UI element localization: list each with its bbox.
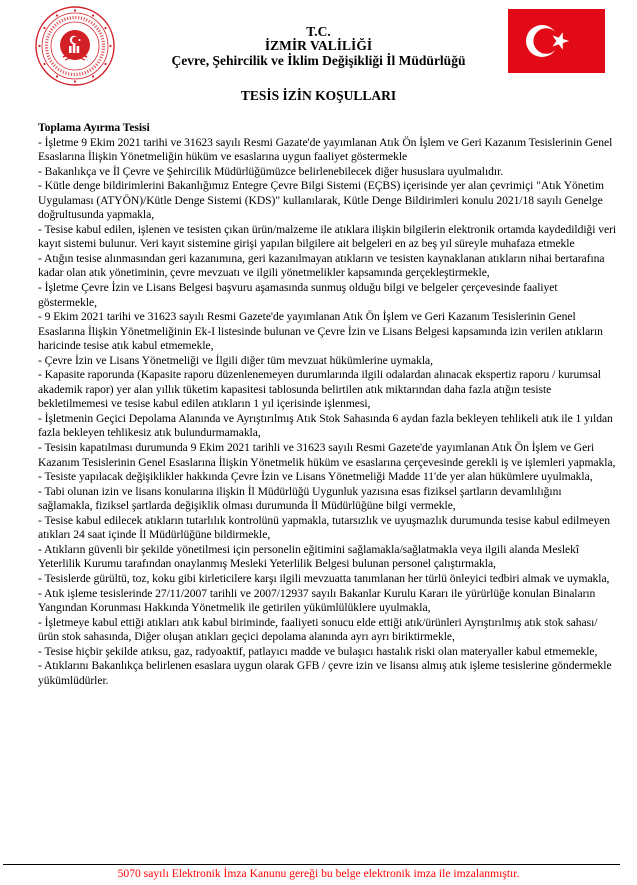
condition-item: - Tabi olunan izin ve lisans konularına … xyxy=(38,485,618,514)
condition-item: - Atığın tesise alınmasından geri kazanı… xyxy=(38,252,618,281)
condition-item: - Kapasite raporunda (Kapasite raporu dü… xyxy=(38,368,618,412)
condition-item: - Tesise hiçbir şekilde atıksu, gaz, rad… xyxy=(38,645,618,660)
condition-item: - Tesise kabul edilen, işlenen ve tesist… xyxy=(38,223,618,252)
footer-divider xyxy=(3,864,620,865)
condition-item: - Çevre İzin ve Lisans Yönetmeliği ve İl… xyxy=(38,354,618,369)
condition-item: - İşletmeye kabul ettiği atıkları atık k… xyxy=(38,616,618,645)
header-directorate: Çevre, Şehircilik ve İklim Değişikliği İ… xyxy=(0,53,637,68)
condition-item: - Tesisin kapatılması durumunda 9 Ekim 2… xyxy=(38,441,618,470)
condition-item: - Bakanlıkça ve İl Çevre ve Şehircilik M… xyxy=(38,165,618,180)
condition-item: - Atık işleme tesislerinde 27/11/2007 ta… xyxy=(38,587,618,616)
condition-item: - İşletmenin Geçici Depolama Alanında ve… xyxy=(38,412,618,441)
header-tc: T.C. xyxy=(0,24,637,39)
condition-item: - İşletme Çevre İzin ve Lisans Belgesi b… xyxy=(38,281,618,310)
condition-item: - Tesiste yapılacak değişiklikler hakkın… xyxy=(38,470,618,485)
condition-item: - Tesislerde gürültü, toz, koku gibi kir… xyxy=(38,572,618,587)
document-title: TESİS İZİN KOŞULLARI xyxy=(0,88,637,104)
condition-item: - Tesise kabul edilecek atıkların tutarl… xyxy=(38,514,618,543)
condition-item: - Atıklarını Bakanlıkça belirlenen esasl… xyxy=(38,659,618,688)
condition-item: - 9 Ekim 2021 tarihi ve 31623 sayılı Res… xyxy=(38,310,618,354)
condition-item: - Kütle denge bildirimlerini Bakanlığımı… xyxy=(38,179,618,223)
e-signature-notice: 5070 sayılı Elektronik İmza Kanunu gereğ… xyxy=(0,867,637,881)
condition-item: - İşletme 9 Ekim 2021 tarihi ve 31623 sa… xyxy=(38,136,618,165)
header-governorship: İZMİR VALİLİĞİ xyxy=(0,38,637,53)
document-body: Toplama Ayırma Tesisi - İşletme 9 Ekim 2… xyxy=(38,121,618,688)
section-title: Toplama Ayırma Tesisi xyxy=(38,121,618,136)
condition-item: - Atıkların güvenli bir şekilde yönetilm… xyxy=(38,543,618,572)
